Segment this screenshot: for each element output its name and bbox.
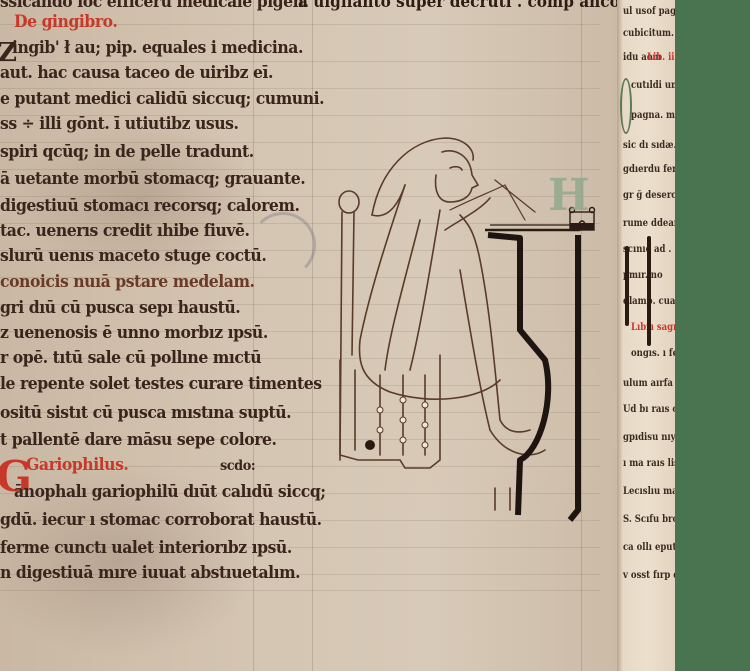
ruling-line xyxy=(0,61,600,62)
text-line: le repente solet testes curare timentes xyxy=(0,374,322,394)
adjacent-text-line: S. Scıfu brol xyxy=(623,514,675,525)
adjacent-text-line: ca ollı eput xyxy=(623,542,675,553)
text-line: ingib' ł au; pip. equales i medicina. xyxy=(12,38,303,58)
text-line: conoicis nuıā pstare medelam. xyxy=(0,272,255,292)
adjacent-rubric: Lib. ii. xyxy=(647,52,675,63)
adjacent-rubric: Lıbrı sagı xyxy=(631,322,675,333)
text-line: ānophalı gariophilū dıūt calıdū siccq; xyxy=(14,482,326,502)
scribe-illustration: H xyxy=(330,130,617,530)
text-line: digestiuū stomacı recorsq; calorem. xyxy=(0,196,299,216)
text-line: e putant medici calidū siccuq; cumuni. xyxy=(0,89,324,109)
heading-gariophilus: Gariophilus. xyxy=(26,455,128,475)
initial-stroke xyxy=(625,246,629,326)
text-line: ssicando loc efficeru medicale pigen. xyxy=(0,0,309,12)
ink-stain xyxy=(250,212,316,278)
text-line: ā uetante morbū stomacq; grauante. xyxy=(0,169,305,189)
text-line: tac. uenerıs credit ıhibe fiuvē. xyxy=(0,221,250,241)
adjacent-text-line: ı ma raıs lis xyxy=(623,458,675,469)
text-line: n digestiuā mıre iuuat abstıuetalım. xyxy=(0,563,300,583)
adjacent-text-line: v osst fırp doı xyxy=(623,570,675,581)
text-line: a uigilanto super decrutı . comp ancodū. xyxy=(298,0,617,12)
heading-de-gingibro: De gingibro. xyxy=(14,12,117,32)
initial-h: H xyxy=(548,170,590,221)
text-line: ositū sistıt cū pusca mıstına suptū. xyxy=(0,403,291,423)
text-line: gdū. iecur ı stomac corroborat haustū. xyxy=(0,510,322,530)
initial-o xyxy=(620,78,632,134)
text-line: slurū uenıs maceto stuge coctū. xyxy=(0,246,266,266)
bead-dark xyxy=(365,440,375,450)
text-line: spiri qcūq; in de pelle tradunt. xyxy=(0,142,254,162)
background-green xyxy=(675,0,750,671)
text-line: aut. hac causa taceo de uiribz eī. xyxy=(0,63,273,83)
text-line: ferme cunctı ualet interiorıbz ıpsū. xyxy=(0,538,292,558)
initial-stroke xyxy=(647,236,651,346)
adjacent-page: ul usof pagnu cubicitum. aeıc idu aom Li… xyxy=(617,0,675,671)
adjacent-text-line: ulum aırfa glob xyxy=(623,378,675,389)
adjacent-text-line: gpıdisu nıym xyxy=(623,432,675,443)
ruling-line xyxy=(0,590,600,591)
adjacent-text-line: rume ddear xyxy=(623,218,675,229)
text-line: r opē. tıtū sale cū pollıne mıctū xyxy=(0,348,261,368)
adjacent-text-line: sic dı sıdæ. uss xyxy=(623,140,675,151)
adjacent-text-line: gr ğ desercı xyxy=(623,190,675,201)
adjacent-text-line: pagna. mena xyxy=(631,110,675,121)
marginal-note: scdo: xyxy=(220,458,255,474)
text-line: ss ÷ illi gōnt. ī utiutibz usus. xyxy=(0,114,238,134)
adjacent-text-line: gdıerdu ferum xyxy=(623,164,675,175)
adjacent-text-line: Ud bı raıs ort xyxy=(623,404,675,415)
adjacent-text-line: Lecıslıu mag xyxy=(623,486,675,497)
adjacent-text-line: cutıldi unı xyxy=(631,80,675,91)
adjacent-text-line: ul usof pagnu xyxy=(623,6,675,17)
adjacent-text-line: ongıs. ı feun xyxy=(631,348,675,359)
text-line: t pallentē dare māsu sepe colore. xyxy=(0,430,276,450)
text-line: gri dıū cū pusca sepı haustū. xyxy=(0,298,240,318)
text-line: z uenenosis ē unno morbız ıpsū. xyxy=(0,323,268,343)
manuscript-page: ssicando loc efficeru medicale pigen. De… xyxy=(0,0,617,671)
adjacent-text-line: cubicitum. aeıc xyxy=(623,28,675,39)
